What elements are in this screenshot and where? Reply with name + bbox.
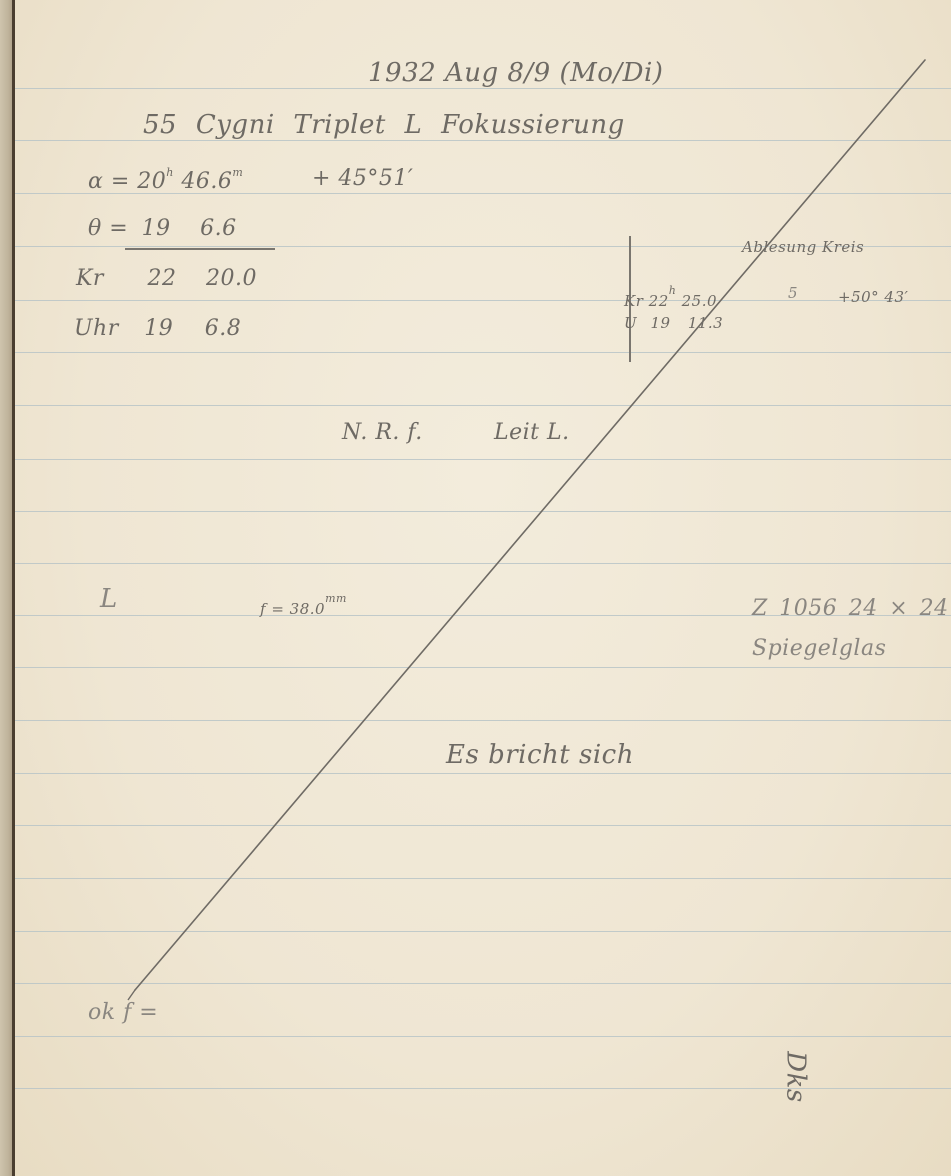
diagonal-strike-line — [0, 0, 951, 1176]
